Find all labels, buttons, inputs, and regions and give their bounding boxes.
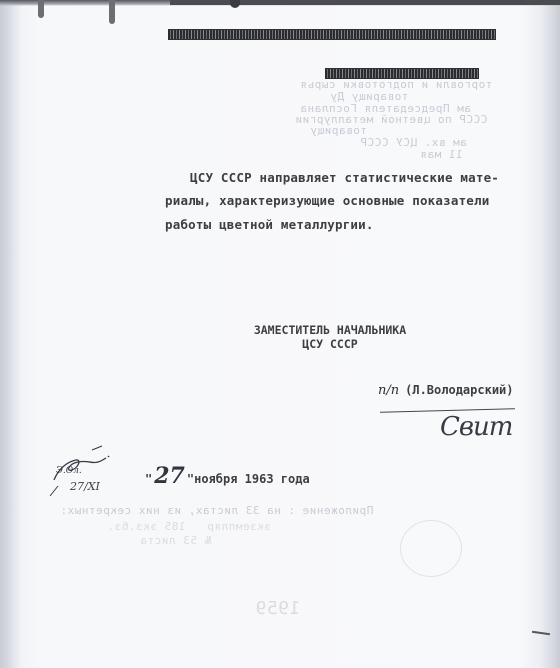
page-top-edge-dark bbox=[170, 0, 560, 5]
show-through-text: 11 мая bbox=[420, 148, 498, 161]
show-through-stamp-number: 1959 bbox=[255, 598, 300, 619]
binding-pin-left bbox=[38, 0, 44, 18]
copy-verified-signature: Свит bbox=[440, 412, 512, 442]
show-through-text: Приложение : на 33 листах, из них секрет… bbox=[60, 504, 373, 517]
signatory-title-line-2: ЦСУ СССР bbox=[230, 337, 430, 351]
scanned-document-page: торговли и подготовки сырья товарищу Ду … bbox=[0, 0, 560, 668]
signatory-title-line-1: ЗАМЕСТИТЕЛЬ НАЧАЛЬНИКА bbox=[230, 323, 430, 337]
date-month-year: ноября 1963 года bbox=[194, 472, 310, 486]
binding-pin-middle bbox=[109, 0, 115, 24]
body-text-line-2: риалы, характеризующие основные показате… bbox=[165, 193, 489, 208]
body-text-line-3: работы цветной металлургии. bbox=[165, 217, 374, 232]
stray-pen-mark bbox=[532, 631, 550, 635]
redacted-header-line-2 bbox=[325, 68, 479, 79]
date-close-quote: " bbox=[187, 472, 194, 486]
handwritten-margin-note: Э.Ол. 27/XI bbox=[48, 440, 118, 500]
date-open-quote: " bbox=[145, 472, 152, 486]
date-day-handwritten: 27 bbox=[154, 463, 185, 489]
signer-line: п/п (Л.Володарский) bbox=[378, 383, 514, 398]
binding-clip-mark bbox=[230, 0, 240, 8]
margin-note-date: 27/XI bbox=[70, 480, 100, 493]
redacted-header-line-1 bbox=[168, 29, 496, 40]
show-through-stamp bbox=[400, 520, 462, 577]
body-text-line-1: ЦСУ СССР направляет статистические мате- bbox=[190, 170, 499, 185]
show-through-text: экземпляр 185 экз.бз. bbox=[100, 520, 271, 533]
margin-note-initials: Э.Ол. bbox=[56, 466, 82, 476]
signatory-title: ЗАМЕСТИТЕЛЬ НАЧАЛЬНИКА ЦСУ СССР bbox=[230, 323, 430, 351]
signer-name: (Л.Володарский) bbox=[405, 383, 513, 397]
show-through-text: № 53 листа bbox=[140, 534, 297, 547]
signed-prefix: п/п bbox=[378, 383, 399, 398]
document-date: " 27 " ноября 1963 года bbox=[145, 463, 310, 489]
